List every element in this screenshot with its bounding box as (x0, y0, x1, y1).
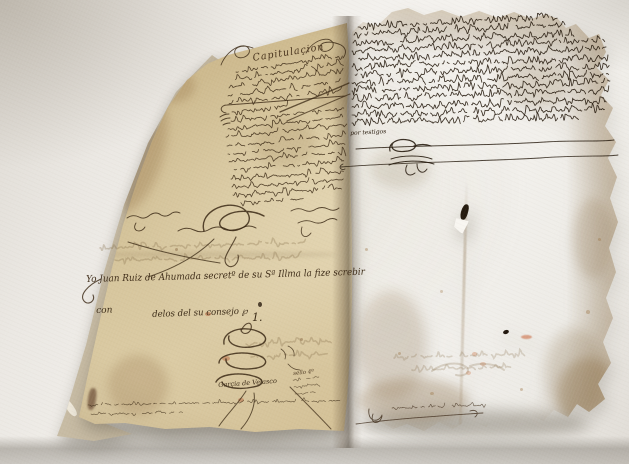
right-page-paper (0, 0, 629, 464)
consejo-line-start: con (96, 305, 113, 316)
water-stain (498, 58, 568, 108)
water-stain (573, 198, 613, 278)
foxing-spot (586, 310, 590, 314)
gutter-shadow (332, 16, 362, 448)
foxing-spot (440, 290, 443, 293)
water-stain (370, 148, 430, 188)
folio-number: 1. (252, 311, 263, 324)
red-ghost-mark (480, 362, 486, 366)
foxing-spot (365, 248, 368, 251)
right-page (0, 0, 629, 464)
water-stain (558, 358, 618, 428)
red-smudge (521, 335, 532, 339)
photo-canvas: Capitulaçion Yo Juan Ruiz de Ahumada sec… (0, 0, 629, 464)
red-ghost-mark (472, 352, 477, 356)
foxing-spot (598, 238, 601, 241)
water-stain (358, 378, 468, 423)
foxing-spot (430, 392, 434, 395)
foxing-spot (520, 388, 523, 391)
foxing-spot (398, 352, 401, 355)
red-ghost-mark (466, 371, 471, 375)
